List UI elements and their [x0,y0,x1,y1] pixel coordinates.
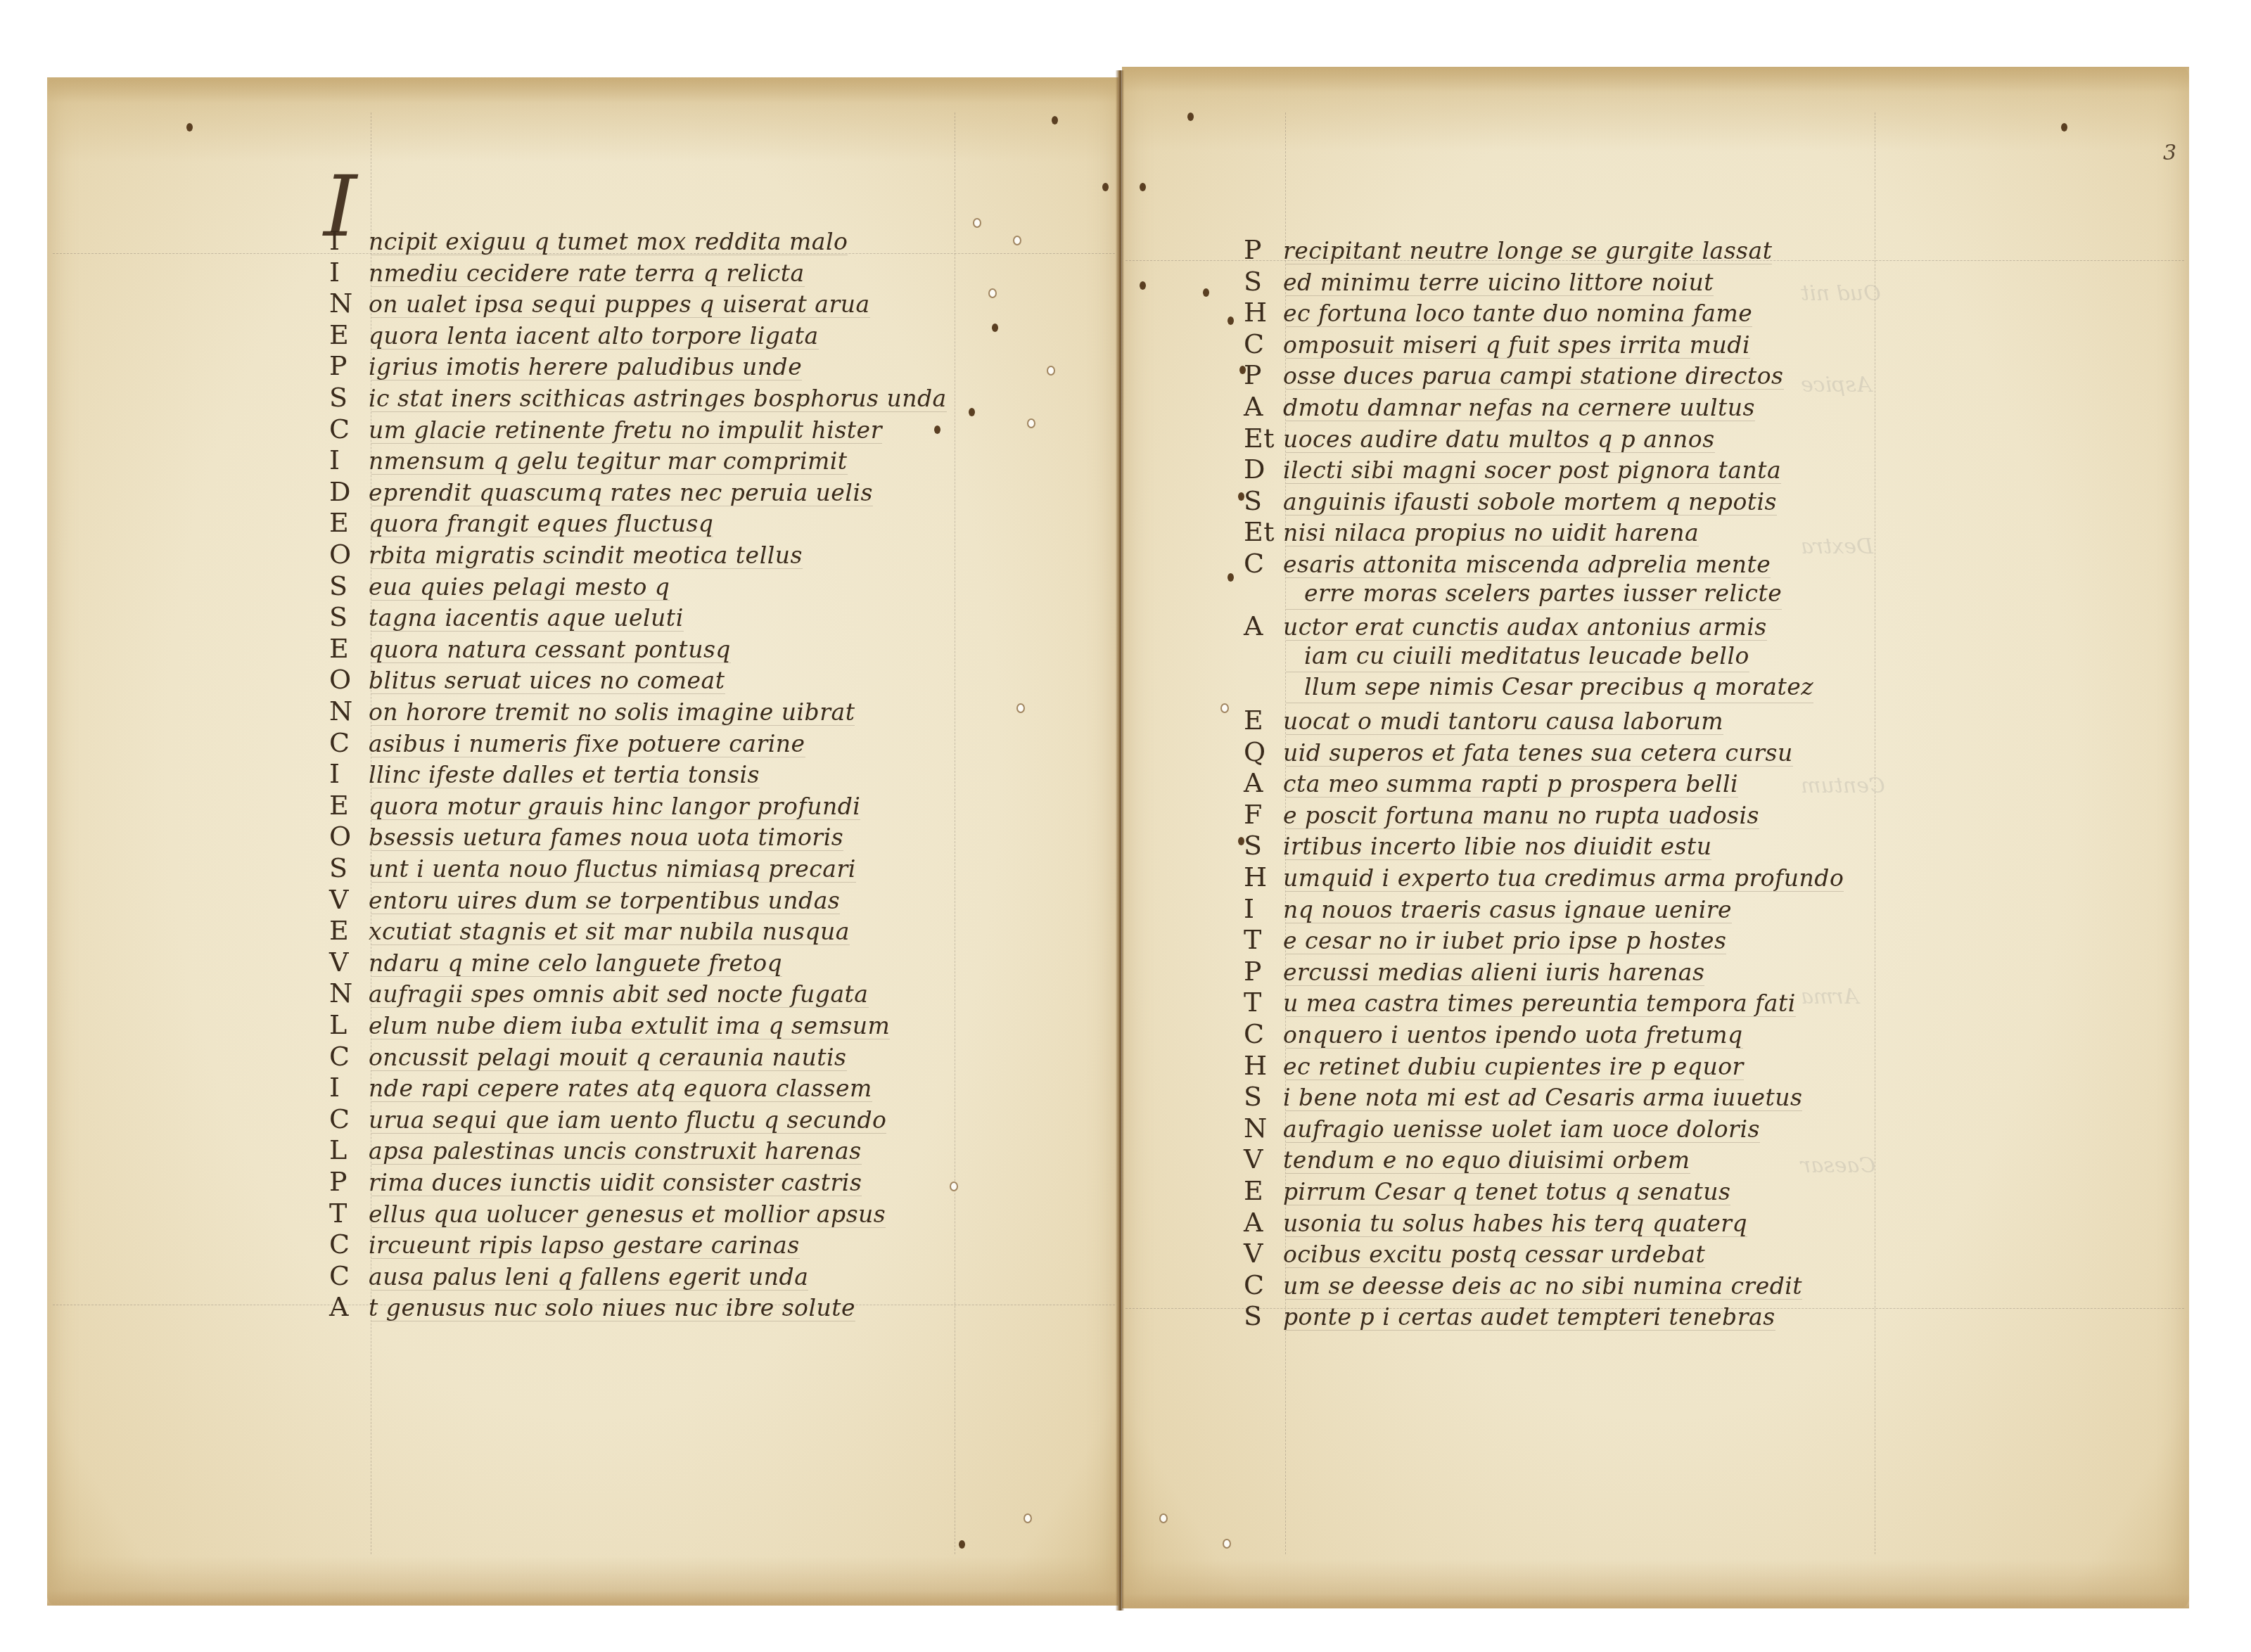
verse-initial: T [1244,924,1283,955]
ruled-line [1286,326,1752,327]
verse-initial: S [1244,266,1283,297]
left-frame-line-outer [955,113,955,1554]
verse-line: Euocat o mudi tantoru causa laborum [1286,705,1723,736]
verse-initial: A [329,1291,369,1322]
verse-initial: S [329,382,369,413]
ruled-line [371,914,840,914]
verse-text: nq nouos traeris casus ignaue uenire [1283,896,1732,923]
verse-line: Oblitus seruat uices no comeat [371,664,725,696]
verse-initial: O [329,539,369,570]
worm-hole [973,218,981,228]
verse-line: Deprendit quascumq rates nec peruia ueli… [371,476,873,508]
prick-mark [1140,183,1146,191]
prick-mark [186,123,193,132]
ruled-line [371,1039,890,1039]
verse-initial: H [1244,1050,1283,1081]
verse-initial: C [329,414,369,444]
verse-text: quora natura cessant pontusq [369,636,731,663]
ruled-line [1286,891,1844,892]
worm-hole [1027,418,1035,428]
verse-line: Etuoces audire datu multos q p annos [1286,423,1715,454]
verse-text: quora lenta iacent alto torpore ligata [369,322,819,350]
verse-line: Te cesar no ir iubet prio ipse p hostes [1286,924,1726,956]
verse-line: At genusus nuc solo niues nuc ibre solut… [371,1291,855,1323]
worm-hole [1024,1513,1032,1523]
verse-line: Inmensum q gelu tegitur mar comprimit [371,444,848,476]
verse-line: Hec retinet dubiu cupientes ire p equor [1286,1050,1744,1082]
verse-text: erre moras scelers partes iusser relicte [1304,580,1782,607]
ruled-line [1286,1080,1744,1080]
verse-text: entoru uires dum se torpentibus undas [369,887,840,914]
prick-mark [959,1540,965,1549]
verse-initial: P [329,1166,369,1197]
verse-initial: I [329,257,369,288]
verse-text: u mea castra times pereuntia tempora fat… [1283,990,1796,1017]
verse-text: nde rapi cepere rates atq equora classem [369,1075,872,1102]
verse-line: Sanguinis ifausti sobole mortem q nepoti… [1286,485,1777,517]
verse-text: igrius imotis herere paludibus unde [369,353,802,380]
verse-line: Orbita migratis scindit meotica tellus [371,539,803,570]
ruled-line [371,1258,800,1259]
prick-mark [1227,573,1234,582]
verse-text: e cesar no ir iubet prio ipse p hostes [1283,927,1726,954]
verse-line: Sic stat iners scithicas astringes bosph… [371,382,947,414]
verse-text: ed minimu terre uicino littore noiut [1283,269,1714,296]
verse-line: llum sepe nimis Cesar precibus q moratez [1286,673,1813,705]
prick-mark [1227,316,1234,325]
ruled-line [1286,483,1781,484]
ruled-line [371,693,725,694]
ruled-line [371,1196,862,1196]
ruled-line [1286,923,1732,923]
verse-text: iam cu ciuili meditatus leucade bello [1304,642,1749,670]
verse-initial: C [329,1260,369,1291]
worm-hole [950,1182,958,1191]
ruled-line [1286,264,1772,264]
verse-initial: I [329,758,369,789]
verse-initial: L [329,1009,369,1040]
ruled-line [371,286,805,287]
verse-initial: N [329,288,369,319]
verse-initial: S [329,570,369,601]
verse-initial: S [1244,485,1283,516]
verse-line: Causa palus leni q fallens egerit unda [371,1260,808,1292]
verse-line: Curua sequi que iam uento fluctu q secun… [371,1103,886,1135]
verse-line: Circueunt ripis lapso gestare carinas [371,1229,800,1260]
verse-text: uocat o mudi tantoru causa laborum [1283,707,1723,735]
verse-line: Precipitant neutre longe se gurgite lass… [1286,234,1772,266]
verse-initial: P [1244,956,1283,987]
verse-text: dmotu damnar nefas na cernere uultus [1283,394,1755,421]
verse-initial: C [329,1229,369,1260]
verse-text: uoces audire datu multos q p annos [1283,425,1715,453]
ruled-line [371,411,947,412]
prick-mark [1140,281,1146,290]
verse-text: ec retinet dubiu cupientes ire p equor [1283,1053,1744,1080]
verse-line: Fe poscit fortuna manu no rupta uadosis [1286,799,1759,831]
prick-mark [934,425,940,434]
verse-line: Excutiat stagnis et sit mar nubila nusqu… [371,915,850,947]
verse-initial: E [329,319,369,350]
verse-line: Pigrius imotis herere paludibus unde [371,350,802,382]
verse-text: ircueunt ripis lapso gestare carinas [369,1231,800,1259]
worm-hole [1013,236,1021,245]
verse-line: Equora frangit eques fluctusq [371,507,713,539]
verse-text: ndaru q mine celo languete fretoq [369,949,782,977]
verse-initial: C [329,1041,369,1072]
ruled-line [371,443,882,444]
worm-hole [1047,366,1055,376]
verse-text: pirrum Cesar q tenet totus q senatus [1283,1178,1730,1205]
verse-initial: S [1244,1300,1283,1331]
verse-initial: Q [1244,736,1283,767]
ruled-line [371,850,843,851]
verse-text: nisi nilaca propius no uidit harena [1283,519,1699,546]
worm-hole [1159,1513,1168,1523]
verse-text: apsa palestinas uncis construxit harenas [369,1137,862,1165]
verse-text: esaris attonita miscenda adprelia mente [1283,551,1771,578]
ruled-line [1286,1048,1743,1049]
ruled-line [371,1007,869,1008]
bleed-through-text: Dextra [1801,534,1873,559]
verse-line: Stagna iacentis aque ueluti [371,601,684,633]
verse-text: umquid i experto tua credimus arma profu… [1283,864,1844,892]
verse-initial: S [329,601,369,632]
verse-initial: I [329,225,369,256]
prick-mark [1052,116,1058,124]
verse-line: Sirtibus incerto libie nos diuidit estu [1286,830,1711,862]
verse-line: Casibus i numeris fixe potuere carine [371,727,805,759]
ruled-line [1286,609,1782,610]
verse-text: ponte p i certas audet tempteri tenebras [1283,1303,1775,1331]
ruled-line [371,349,819,350]
verse-line: Ausonia tu solus habes his terq quaterq [1286,1207,1747,1238]
verse-line: Humquid i experto tua credimus arma prof… [1286,862,1844,893]
verse-line: Vocibus excitu postq cessar urdebat [1286,1238,1705,1269]
verse-initial: C [1244,1018,1283,1049]
verse-text: bsessis uetura fames noua uota timoris [369,824,843,851]
verse-line: Admotu damnar nefas na cernere uultus [1286,391,1755,423]
verse-text: ilecti sibi magni socer post pignora tan… [1283,456,1781,484]
verse-line: Tu mea castra times pereuntia tempora fa… [1286,987,1796,1018]
ruled-line [1286,452,1715,453]
verse-line: Auctor erat cunctis audax antonius armis [1286,610,1767,642]
verse-line: Incipit exiguu q tumet mox reddita malo [371,225,848,257]
verse-text: tendum e no equo diuisimi orbem [1283,1146,1690,1174]
bleed-through-text: Aspice [1801,373,1871,397]
prick-mark [1102,183,1109,191]
verse-text: eua quies pelagi mesto q [369,573,670,601]
verse-initial: C [1244,1269,1283,1300]
ruled-line [1286,295,1714,296]
verse-text: xcutiat stagnis et sit mar nubila nusqua [369,918,850,945]
ruled-line [371,1290,808,1291]
ruled-line [371,1101,872,1102]
verse-text: ausa palus leni q fallens egerit unda [369,1263,808,1291]
verse-initial: T [329,1198,369,1229]
ruled-line [1286,389,1784,390]
verse-text: blitus seruat uices no comeat [369,667,725,694]
verse-initial: H [1244,862,1283,892]
verse-initial: Et [1244,423,1283,454]
verse-initial: N [1244,1113,1283,1144]
ruled-line [371,1164,862,1165]
verse-initial: V [329,884,369,915]
bottom-edge-stain [1122,1559,2189,1608]
verse-initial: V [329,947,369,978]
ruled-line [1286,1142,1760,1143]
verse-line: Inq nouos traeris casus ignaue uenire [1286,893,1732,925]
verse-text: ic stat iners scithicas astringes bospho… [369,385,947,412]
verse-line: Prima duces iunctis uidit consister cast… [371,1166,862,1198]
verse-text: on ualet ipsa sequi puppes q uiserat aru… [369,290,870,318]
ruled-line [1286,797,1738,798]
verse-text: ec fortuna loco tante duo nomina fame [1283,300,1752,327]
ruled-line [371,506,873,506]
ruled-line [1286,859,1711,860]
verse-text: cta meo summa rapti p prospera belli [1283,770,1738,798]
prick-mark [969,408,975,416]
verse-line: Etnisi nilaca propius no uidit harena [1286,516,1699,548]
verse-line: Acta meo summa rapti p prospera belli [1286,767,1738,799]
verse-initial: I [1244,893,1283,924]
verse-line: Naufragio uenisse uolet iam uoce doloris [1286,1113,1760,1144]
ruled-line [1286,577,1771,578]
ruled-line [1286,421,1755,421]
verse-line: Illinc ifeste dalles et tertia tonsis [371,758,760,790]
verse-line: Ventoru uires dum se torpentibus undas [371,884,840,916]
ruled-line [1286,515,1777,516]
right-frame-line-outer [1875,113,1875,1554]
bleed-through-text: Oud nit [1801,281,1881,306]
verse-initial: O [329,821,369,852]
verse-line: Equora motur grauis hinc langor profundi [371,790,860,821]
ruled-line [1286,703,1813,703]
verse-text: urua sequi que iam uento fluctu q secund… [369,1106,886,1134]
verse-text: um se deesse deis ac no sibi numina cred… [1283,1272,1802,1300]
verse-text: osse duces parua campi statione directos [1283,362,1784,390]
verse-text: nmensum q gelu tegitur mar comprimit [369,447,848,475]
verse-initial: C [1244,548,1283,579]
verse-text: tagna iacentis aque ueluti [369,604,684,632]
verse-line: Inmediu cecidere rate terra q relicta [371,257,805,288]
verse-initial: E [329,633,369,664]
verse-text: uctor erat cunctis audax antonius armis [1283,613,1767,641]
verse-text: ncipit exiguu q tumet mox reddita malo [369,228,848,255]
verse-text: ellus qua uolucer genesus et mollior aps… [369,1200,886,1228]
verse-initial: E [1244,705,1283,736]
verse-line: iam cu ciuili meditatus leucade bello [1286,642,1749,674]
verse-line: Inde rapi cepere rates atq equora classe… [371,1072,872,1103]
ruled-line [371,600,670,601]
bleed-through-text: Arma [1801,985,1858,1009]
verse-text: nmediu cecidere rate terra q relicta [369,260,805,287]
verse-initial: C [1244,328,1283,359]
verse-text: rima duces iunctis uidit consister castr… [369,1169,862,1196]
verse-initial: I [329,1072,369,1103]
verse-line: Cesaris attonita miscenda adprelia mente [1286,548,1771,580]
ruled-line [1286,954,1726,954]
verse-initial: C [329,1103,369,1134]
ruled-line [1286,1205,1730,1205]
verse-line: Seua quies pelagi mesto q [371,570,670,602]
ruled-line [371,255,848,255]
verse-line: Cum glacie retinente fretu no impulit hi… [371,414,882,445]
verse-line: Quid superos et fata tenes sua cetera cu… [1286,736,1793,768]
worm-hole [988,288,997,298]
verse-text: irtibus incerto libie nos diuidit estu [1283,833,1711,860]
verse-initial: P [329,350,369,381]
ruled-line [371,317,870,318]
verse-line: Non ualet ipsa sequi puppes q uiserat ar… [371,288,870,319]
ruled-line [371,882,856,883]
verse-initial: A [1244,610,1283,641]
verse-text: t genusus nuc solo niues nuc ibre solute [369,1294,855,1321]
ruled-line [371,474,848,475]
verse-text: rbita migratis scindit meotica tellus [369,542,803,569]
ruled-line [1286,1330,1775,1331]
ruled-line [371,662,731,663]
verse-text: uid superos et fata tenes sua cetera cur… [1283,739,1793,767]
ruled-line [371,1133,886,1134]
top-edge-stain [47,77,1118,162]
verse-text: quora frangit eques fluctusq [369,510,713,537]
ruled-line [371,725,855,726]
worm-hole [1016,703,1025,713]
verse-line: Lelum nube diem iuba extulit ima q semsu… [371,1009,890,1041]
verse-line: Tellus qua uolucer genesus et mollior ap… [371,1198,886,1229]
verse-text: e poscit fortuna manu no rupta uadosis [1283,802,1759,829]
verse-line: Equora natura cessant pontusq [371,633,731,665]
bleed-through-text: Centum [1801,774,1885,798]
verse-text: on horore tremit no solis imagine uibrat [369,698,855,726]
verse-line: Vndaru q mine celo languete fretoq [371,947,782,978]
verse-text: onquero i uentos ipendo uota fretumq [1283,1021,1743,1049]
verse-text: asibus i numeris fixe potuere carine [369,730,805,757]
verse-line: Lapsa palestinas uncis construxit harena… [371,1134,862,1166]
verse-text: llum sepe nimis Cesar precibus q moratez [1304,673,1813,700]
ruled-line [1286,672,1749,672]
verse-initial: A [1244,767,1283,798]
ruled-line [1286,1110,1802,1111]
verse-line: Posse duces parua campi statione directo… [1286,359,1784,391]
verse-line: Composuit miseri q fuit spes irrita mudi [1286,328,1750,360]
verse-line: Naufragii spes omnis abit sed nocte fuga… [371,978,869,1009]
folio-number: 3 [2163,141,2176,165]
verse-text: i bene nota mi est ad Cesaris arma iuuet… [1283,1084,1802,1111]
verse-line: Si bene nota mi est ad Cesaris arma iuue… [1286,1081,1802,1113]
ruled-line [371,1321,855,1321]
ruled-line [1286,734,1723,735]
ruled-line [1286,1299,1802,1300]
verse-initial: E [329,790,369,821]
ruled-line [1286,766,1793,767]
verse-initial: P [1244,234,1283,265]
verse-text: aufragio uenisse uolet iam uoce doloris [1283,1115,1760,1143]
verse-line: Equora lenta iacent alto torpore ligata [371,319,819,351]
prick-mark [1203,288,1209,297]
ruled-line [1286,358,1750,359]
verse-line: Obsessis uetura fames noua uota timoris [371,821,843,852]
verse-text: omposuit miseri q fuit spes irrita mudi [1283,331,1750,359]
verse-initial: N [329,696,369,726]
verse-initial: P [1244,359,1283,390]
verse-initial: N [329,978,369,1009]
ruled-line [1286,640,1767,641]
verse-line: Non horore tremit no solis imagine uibra… [371,696,855,727]
verse-line: Sed minimu terre uicino littore noiut [1286,266,1714,297]
verse-initial: S [1244,830,1283,861]
verse-initial: H [1244,297,1283,328]
verse-initial: V [1244,1144,1283,1174]
verse-initial: V [1244,1238,1283,1269]
verse-line: Conquero i uentos ipendo uota fretumq [1286,1018,1743,1050]
verse-line: Cum se deesse deis ac no sibi numina cre… [1286,1269,1802,1301]
prick-mark [2061,123,2067,132]
verse-initial: L [329,1134,369,1165]
ruled-line [371,631,684,632]
verse-initial: A [1244,391,1283,422]
verse-initial: I [329,444,369,475]
verse-line: erre moras scelers partes iusser relicte [1286,580,1782,611]
verse-text: aufragii spes omnis abit sed nocte fugat… [369,980,869,1008]
verse-line: Sunt i uenta nouo fluctus nimiasq precar… [371,852,856,884]
ruled-line [371,568,803,569]
verse-text: recipitant neutre longe se gurgite lassa… [1283,237,1772,264]
ruled-line [1286,985,1704,986]
verse-initial: D [329,476,369,507]
ruled-line [1286,828,1759,829]
worm-hole [1220,703,1229,713]
verse-line: Percussi medias alieni iuris harenas [1286,956,1704,987]
ruled-line [371,380,802,380]
verse-line: Concussit pelagi mouit q ceraunia nautis [371,1041,847,1072]
verse-line: Hec fortuna loco tante duo nomina fame [1286,297,1752,328]
verse-text: eprendit quascumq rates nec peruia uelis [369,479,873,506]
ruled-line [371,1227,886,1228]
verse-text: unt i uenta nouo fluctus nimiasq precari [369,855,856,883]
ruled-line [1286,1267,1705,1268]
ruled-line [1286,546,1699,546]
ruled-line [371,976,782,977]
verse-initial: A [1244,1207,1283,1238]
verse-initial: T [1244,987,1283,1018]
verse-initial: F [1244,799,1283,830]
verse-initial: E [329,507,369,538]
verse-initial: C [329,727,369,758]
verse-line: Vtendum e no equo diuisimi orbem [1286,1144,1690,1175]
prick-mark [992,324,998,332]
ruled-line [1286,1236,1747,1237]
ruled-line [371,537,713,537]
verse-text: ocibus excitu postq cessar urdebat [1283,1241,1705,1268]
top-edge-stain [1122,67,2189,151]
verse-text: usonia tu solus habes his terq quaterq [1283,1210,1747,1237]
ruled-line [1286,1016,1796,1017]
verse-text: ercussi medias alieni iuris harenas [1283,959,1704,986]
ruled-line [371,819,860,820]
verse-text: elum nube diem iuba extulit ima q semsum [369,1012,890,1039]
verse-text: oncussit pelagi mouit q ceraunia nautis [369,1044,847,1071]
ruled-line [371,1070,847,1071]
verse-text: llinc ifeste dalles et tertia tonsis [369,761,760,788]
prick-mark [1187,113,1194,121]
verse-initial: S [329,852,369,883]
bleed-through-text: Caesar [1801,1153,1875,1178]
verse-text: anguinis ifausti sobole mortem q nepotis [1283,488,1777,516]
ruled-line [371,945,850,945]
bottom-edge-stain [47,1556,1118,1606]
